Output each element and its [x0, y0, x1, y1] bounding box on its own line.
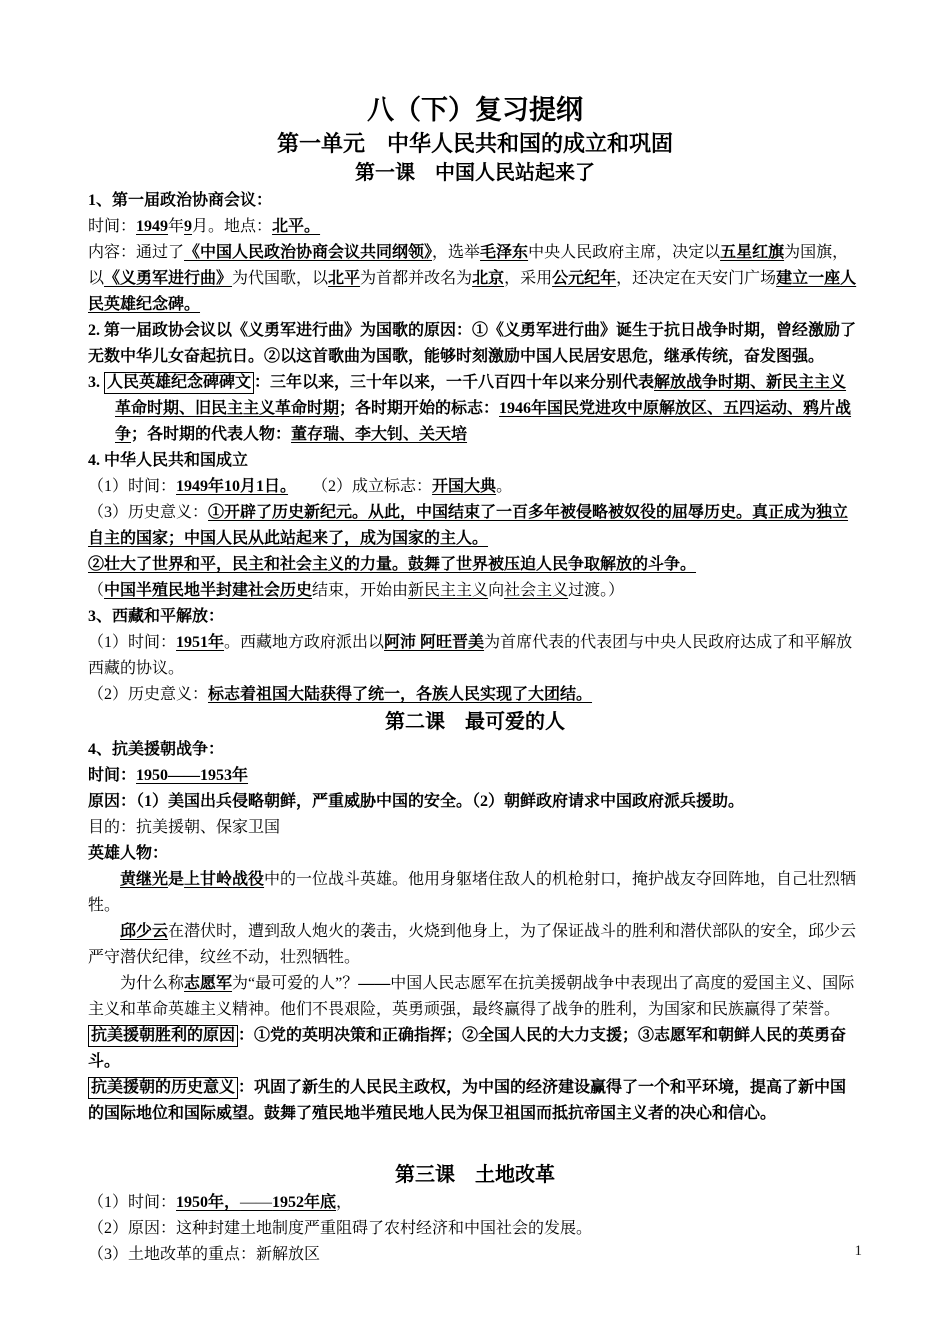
paragraph: 黄继光是上甘岭战役中的一位战斗英雄。他用身躯堵住敌人的机枪射口，掩护战友夺回阵地…	[88, 867, 862, 919]
doc-title: 八（下）复习提纲	[88, 92, 862, 128]
text-run: 。	[496, 478, 512, 495]
paragraph: 抗美援朝的历史意义：巩固了新生的人民民主政权，为中国的经济建设赢得了一个和平环境…	[88, 1075, 862, 1127]
text-run: 标志着祖国大陆获得了统一，各族人民实现了大团结。	[208, 686, 592, 703]
text-run: 上甘岭战役	[184, 871, 264, 888]
text-run: 原因：（1）美国出兵侵略朝鲜，严重威胁中国的安全。（2）朝鲜政府请求中国政府派兵…	[88, 793, 744, 810]
text-run: 内容：通过了	[88, 244, 184, 261]
text-run: ——	[358, 975, 390, 992]
text-run: 1949年10月1日。	[176, 478, 288, 495]
text-run: 1950——1953年	[136, 767, 248, 784]
text-run: ，选举	[432, 244, 480, 261]
text-run: 第一课 中国人民站起来了	[355, 162, 595, 184]
paragraph: 4、抗美援朝战争：	[88, 737, 862, 763]
text-run: 2. 第一届政协会议以《义勇军进行曲》为国歌的原因：①《义勇军进行曲》诞生于抗日…	[88, 322, 856, 365]
text-run: 中国半殖民地半封建社会历史	[104, 582, 312, 599]
text-run: 月。地点：	[192, 218, 272, 235]
boxed-term: 人民英雄纪念碑碑文	[104, 372, 254, 394]
text-run: 在潜伏时，遭到敌人炮火的袭击，火烧到他身上，为了保证战斗的胜利和潜伏部队的安全，…	[88, 923, 856, 966]
text-run: （2）历史意义：	[88, 686, 208, 703]
paragraph: 1、第一届政治协商会议：	[88, 188, 862, 214]
text-run: 北京	[472, 270, 504, 287]
text-run: 结束，开始由	[312, 582, 408, 599]
text-run: ②壮大了世界和平，民主和社会主义的力量。鼓舞了世界被压迫人民争取解放的斗争。	[88, 556, 696, 573]
text-run: 目的：抗美援朝、保家卫国	[88, 819, 280, 836]
text-run: 董存瑞、李大钊、关天培	[291, 426, 467, 443]
paragraph: 3. 人民英雄纪念碑碑文：三年以来，三十年以来，一千八百四十年以来分别代表解放战…	[88, 370, 862, 448]
lesson-heading: 第二课 最可爱的人	[88, 708, 862, 737]
text-run: （1）时间：	[88, 1194, 176, 1211]
paragraph: 2. 第一届政协会议以《义勇军进行曲》为国歌的原因：①《义勇军进行曲》诞生于抗日…	[88, 318, 862, 370]
paragraph: 目的：抗美援朝、保家卫国	[88, 815, 862, 841]
text-run: ：三年以来，三十年以来，一千八百四十年以来分别代表	[254, 374, 654, 391]
text-run: 阿沛 阿旺晋美	[384, 634, 484, 651]
lesson-heading: 第一课 中国人民站起来了	[88, 159, 862, 188]
text-run: 社会主义	[504, 582, 568, 599]
text-run: 毛泽东	[480, 244, 528, 261]
text-run: 北平	[328, 270, 360, 287]
text-run: 为什么称	[120, 975, 184, 992]
text-run: 北平。	[272, 218, 320, 235]
text-run: 向	[488, 582, 504, 599]
text-run: 第三课 土地改革	[395, 1164, 555, 1186]
text-run: 英雄人物：	[88, 845, 168, 862]
paragraph: 内容：通过了《中国人民政治协商会议共同纲领》，选举毛泽东中央人民政府主席，决定以…	[88, 240, 862, 318]
paragraph: 3、西藏和平解放：	[88, 604, 862, 630]
paragraph: 邱少云在潜伏时，遭到敌人炮火的袭击，火烧到他身上，为了保证战斗的胜利和潜伏部队的…	[88, 919, 862, 971]
text-run: 3、西藏和平解放：	[88, 608, 224, 625]
paragraph: （1）时间：1949年10月1日。 （2）成立标志：开国大典。	[88, 474, 862, 500]
paragraph: 为什么称志愿军为“最可爱的人”？——中国人民志愿军在抗美援朝战争中表现出了高度的…	[88, 971, 862, 1023]
text-run: （2）成立标志：	[288, 478, 432, 495]
text-run: 八（下）复习提纲	[367, 95, 583, 125]
text-run: 黄继光	[120, 871, 168, 888]
text-run: 4、抗美援朝战争：	[88, 741, 224, 758]
text-run: （1）时间：	[88, 478, 176, 495]
text-run: 《中国人民政治协商会议共同纲领》	[184, 244, 432, 261]
text-run: 3.	[88, 374, 104, 391]
text-run: 第一单元 中华人民共和国的成立和巩固	[277, 131, 673, 156]
text-run: 第二课 最可爱的人	[385, 711, 565, 733]
text-run: 为代国歌，以	[232, 270, 328, 287]
page-number: 1	[855, 1243, 863, 1260]
paragraph: （2）原因：这种封建土地制度严重阻碍了农村经济和中国社会的发展。	[88, 1216, 862, 1242]
document-page: 八（下）复习提纲第一单元 中华人民共和国的成立和巩固第一课 中国人民站起来了1、…	[0, 0, 950, 1344]
text-run: 五星红旗	[720, 244, 784, 261]
text-run: 年	[168, 218, 184, 235]
paragraph: （3）土地改革的重点：新解放区	[88, 1242, 862, 1268]
paragraph: （2）历史意义：标志着祖国大陆获得了统一，各族人民实现了大团结。	[88, 682, 862, 708]
unit-heading: 第一单元 中华人民共和国的成立和巩固	[88, 128, 862, 159]
text-run: 邱少云	[120, 923, 168, 940]
text-run: 是	[168, 871, 184, 888]
text-run: 志愿军	[184, 975, 232, 992]
text-run: ——	[240, 1194, 272, 1211]
text-run: 1949	[136, 218, 168, 235]
paragraph: 时间：1950——1953年	[88, 763, 862, 789]
paragraph: （1）时间：1951年。西藏地方政府派出以阿沛 阿旺晋美为首席代表的代表团与中央…	[88, 630, 862, 682]
text-run: ，采用	[504, 270, 552, 287]
lesson-heading: 第三课 土地改革	[88, 1161, 862, 1190]
text-run: 1952年底	[272, 1194, 336, 1211]
text-run: 新民主主义	[408, 582, 488, 599]
paragraph: （中国半殖民地半封建社会历史结束，开始由新民主主义向社会主义过渡。）	[88, 578, 862, 604]
text-run: 过渡。）	[568, 582, 624, 599]
text-run: （3）历史意义：	[88, 504, 208, 521]
document-content: 八（下）复习提纲第一单元 中华人民共和国的成立和巩固第一课 中国人民站起来了1、…	[88, 92, 862, 1268]
paragraph: 抗美援朝胜利的原因：①党的英明决策和正确指挥；②全国人民的大力支援；③志愿军和朝…	[88, 1023, 862, 1075]
paragraph: 时间：1949年9月。地点：北平。	[88, 214, 862, 240]
text-run: 4. 中华人民共和国成立	[88, 452, 248, 469]
text-run: 中央人民政府主席，决定以	[528, 244, 720, 261]
text-run: 1、第一届政治协商会议：	[88, 192, 272, 209]
text-run: ，还决定在天安门广场	[616, 270, 776, 287]
text-run: （3）土地改革的重点：新解放区	[88, 1246, 320, 1263]
text-run: （	[88, 582, 104, 599]
text-run: 为“最可爱的人”？	[232, 975, 358, 992]
text-run: （1）时间：	[88, 634, 176, 651]
boxed-term: 抗美援朝的历史意义	[88, 1077, 238, 1099]
paragraph: 原因：（1）美国出兵侵略朝鲜，严重威胁中国的安全。（2）朝鲜政府请求中国政府派兵…	[88, 789, 862, 815]
text-run: 公元纪年	[552, 270, 616, 287]
text-run: （2）原因：这种封建土地制度严重阻碍了农村经济和中国社会的发展。	[88, 1220, 592, 1237]
text-run: ；各时期的代表人物：	[131, 426, 291, 443]
text-run: 1951年	[176, 634, 224, 651]
text-run: ；各时期开始的标志：	[339, 400, 499, 417]
boxed-term: 抗美援朝胜利的原因	[88, 1025, 238, 1047]
text-run: 时间：	[88, 767, 136, 784]
paragraph: （1）时间：1950年，——1952年底，	[88, 1190, 862, 1216]
text-run: 时间：	[88, 218, 136, 235]
paragraph: 英雄人物：	[88, 841, 862, 867]
paragraph: （3）历史意义：①开辟了历史新纪元。从此，中国结束了一百多年被侵略被奴役的屈辱历…	[88, 500, 862, 552]
text-run: 为首都并改名为	[360, 270, 472, 287]
text-run: 9	[184, 218, 192, 235]
text-run: 。西藏地方政府派出以	[224, 634, 384, 651]
text-run: ，	[336, 1194, 352, 1211]
paragraph: ②壮大了世界和平，民主和社会主义的力量。鼓舞了世界被压迫人民争取解放的斗争。	[88, 552, 862, 578]
paragraph: 4. 中华人民共和国成立	[88, 448, 862, 474]
text-run: 《义勇军进行曲》	[104, 270, 232, 287]
text-run: 开国大典	[432, 478, 496, 495]
text-run: 1950年，	[176, 1194, 240, 1211]
